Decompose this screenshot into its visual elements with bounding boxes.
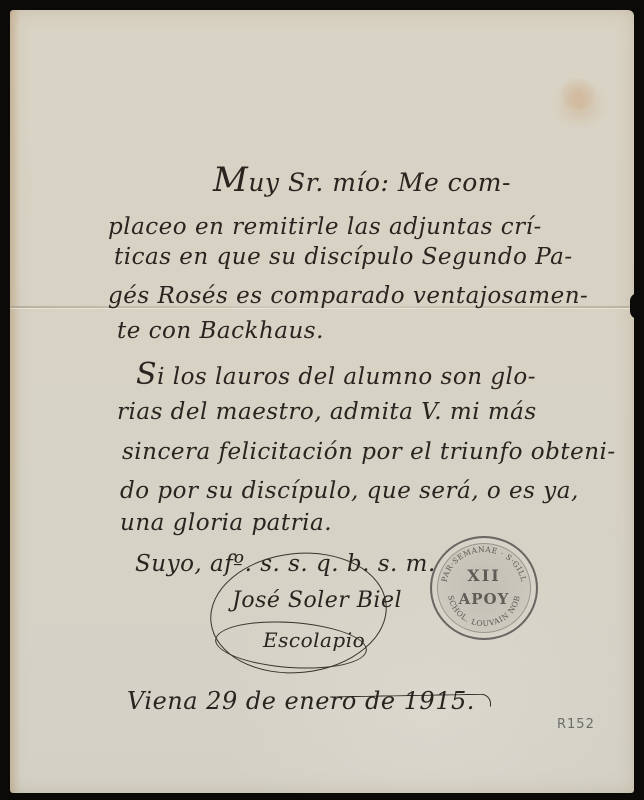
seal-center-top: XII [432, 566, 536, 585]
letter-salutation: Muy Sr. mío: Me com- [213, 163, 511, 197]
letter-line: do por su discípulo, que será, o es ya, [120, 480, 579, 503]
edge-tear [630, 293, 644, 319]
paragraph2-first-line: Si los lauros del alumno son glo- [136, 360, 536, 390]
salutation-initial: M [213, 160, 248, 200]
letter-line: gés Rosés es comparado ventajosamen- [108, 285, 588, 308]
ink-stamp-seal: PAR·SEMANAE · S·GILL SCHOL. LOUVAIN NOB … [430, 536, 538, 640]
letter-line: placeo en remitirle las adjuntas crí- [108, 216, 542, 239]
seal-ring-text-icon: PAR·SEMANAE · S·GILL SCHOL. LOUVAIN NOB [432, 538, 536, 638]
letter-line: ticas en que su discípulo Segundo Pa- [114, 246, 573, 269]
paragraph2-initial: S [136, 357, 157, 392]
document-scan: Muy Sr. mío: Me com- placeo en remitirle… [0, 0, 644, 800]
letter-line: rias del maestro, admita V. mi más [117, 401, 537, 424]
signature-name: José Soler Biel [232, 590, 402, 612]
letter-line: sincera felicitación por el triunfo obte… [122, 441, 616, 464]
letter-line: te con Backhaus. [117, 320, 324, 343]
archive-reference-number: R152 [557, 717, 595, 732]
signature-title: Escolapio [263, 630, 365, 650]
seal-center-bottom: ΑΡΟΥ [432, 590, 536, 608]
letter-line: una gloria patria. [120, 512, 332, 535]
salutation-text: uy Sr. mío: Me com- [248, 168, 511, 197]
paper-stain [560, 78, 596, 110]
paragraph2-first-text: i los lauros del alumno son glo- [157, 364, 536, 390]
